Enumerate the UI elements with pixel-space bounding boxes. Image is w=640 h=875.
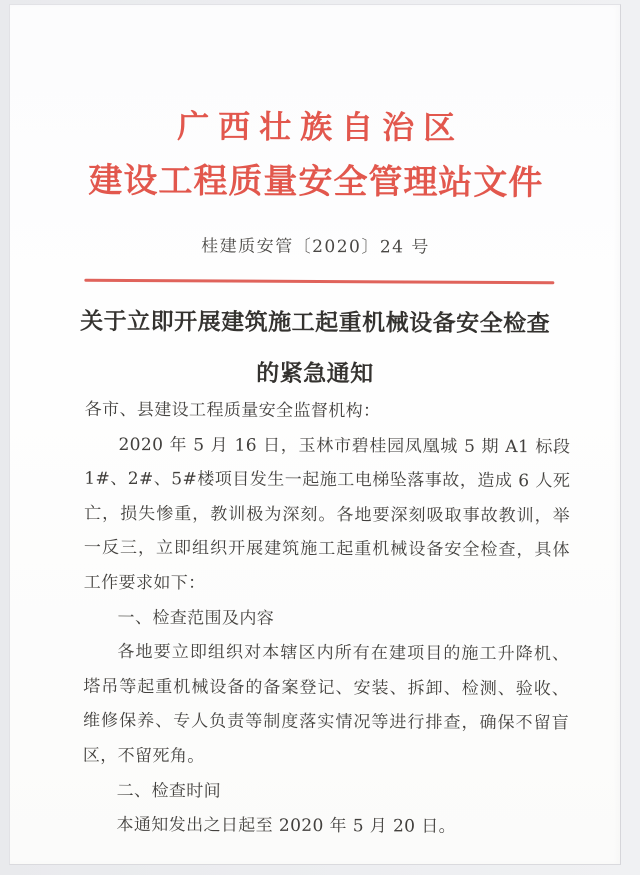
photo-background: 广西壮族自治区 建设工程质量安全管理站文件 桂建质安管〔2020〕24 号 关于… bbox=[0, 0, 640, 875]
red-divider-line bbox=[84, 279, 554, 284]
section-2-heading: 二、检查时间 bbox=[83, 773, 569, 810]
document-page: 广西壮族自治区 建设工程质量安全管理站文件 桂建质安管〔2020〕24 号 关于… bbox=[9, 4, 621, 865]
document-body: 各市、县建设工程质量安全监督机构： 2020 年 5 月 16 日，玉林市碧桂园… bbox=[82, 393, 570, 845]
salutation: 各市、县建设工程质量安全监督机构： bbox=[85, 393, 571, 430]
letterhead-org-name-line2: 建设工程质量安全管理站文件 bbox=[11, 158, 621, 205]
document-title-line1: 关于立即开展建筑施工起重机械设备安全检查 bbox=[40, 296, 590, 350]
section-2-paragraph: 本通知发出之日起至 2020 年 5 月 20 日。 bbox=[82, 808, 568, 845]
document-title: 关于立即开展建筑施工起重机械设备安全检查 的紧急通知 bbox=[40, 296, 591, 401]
intro-paragraph: 2020 年 5 月 16 日，玉林市碧桂园凤凰城 5 期 A1 标段 1#、2… bbox=[84, 427, 571, 603]
document-number: 桂建质安管〔2020〕24 号 bbox=[10, 231, 620, 262]
document-content: 广西壮族自治区 建设工程质量安全管理站文件 桂建质安管〔2020〕24 号 关于… bbox=[7, 3, 621, 865]
letterhead-org-name-line1: 广西壮族自治区 bbox=[11, 105, 621, 148]
section-1-heading: 一、检查范围及内容 bbox=[83, 600, 569, 637]
section-1-paragraph: 各地要立即组织对本辖区内所有在建项目的施工升降机、塔吊等起重机械设备的备案登记、… bbox=[83, 635, 570, 776]
